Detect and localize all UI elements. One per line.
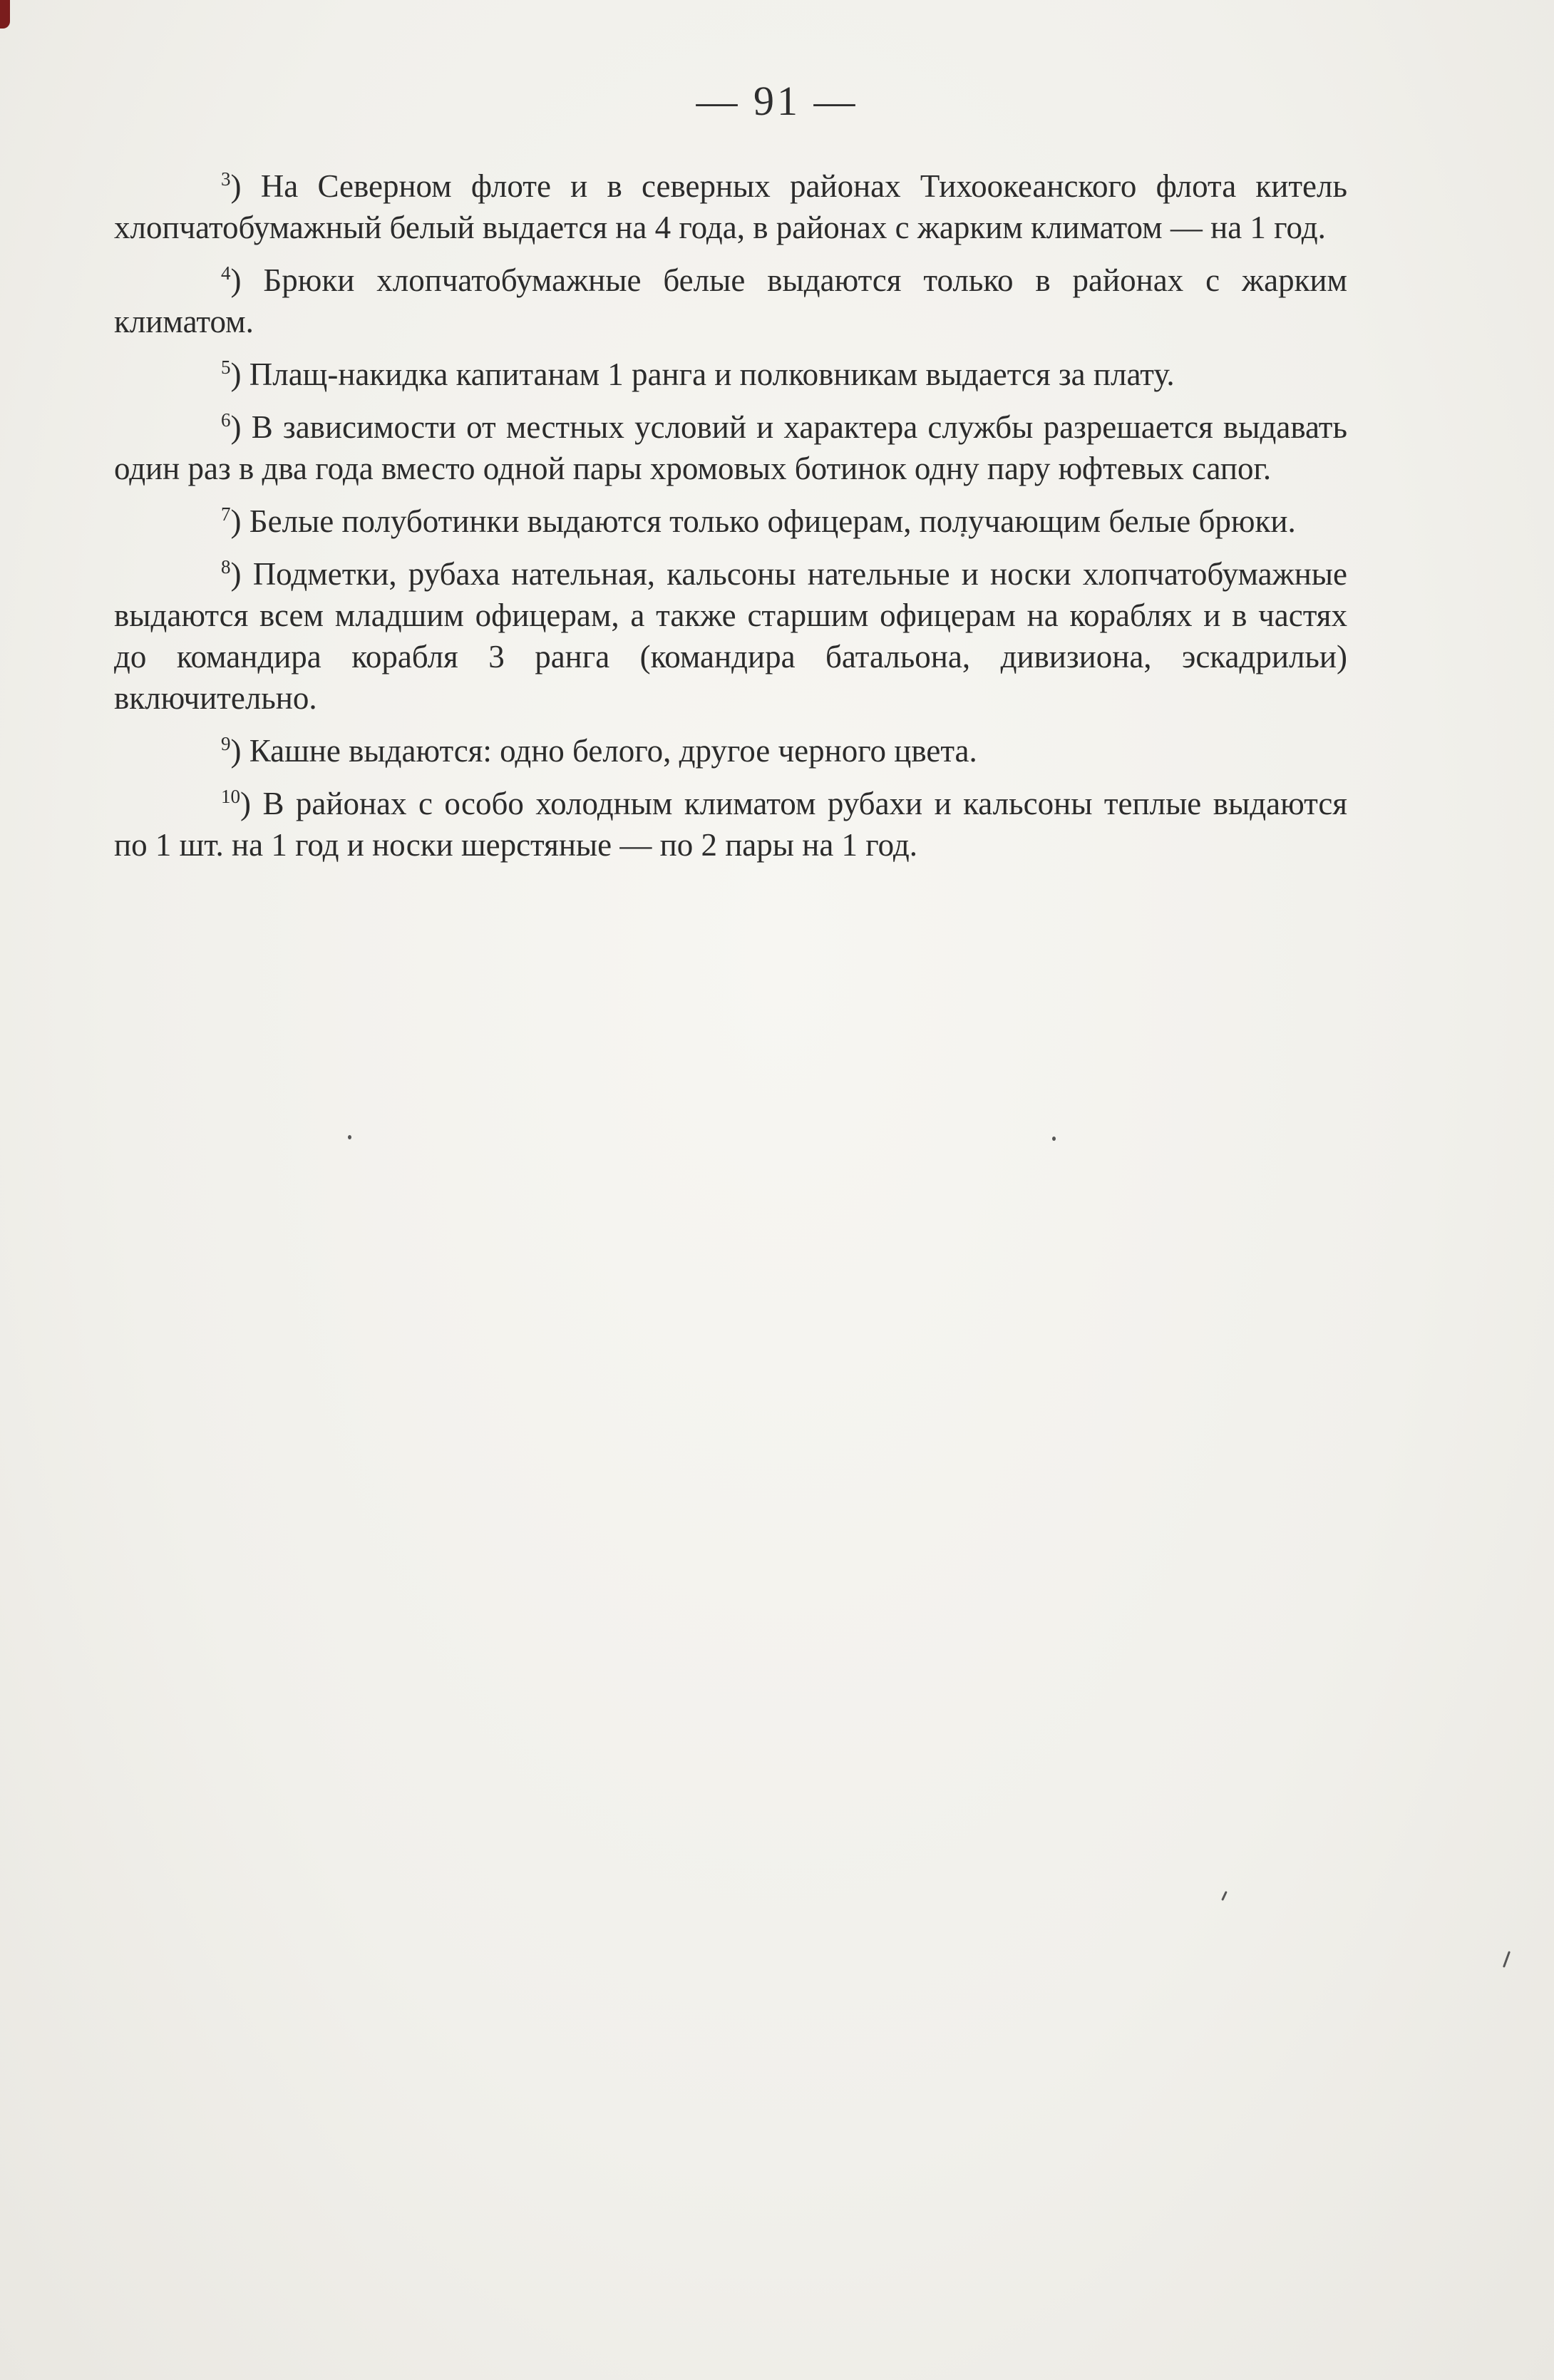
footnote-9: 9) Кашне выдаются: одно белого, другое ч… <box>114 730 1347 771</box>
footnote-text: На Северном флоте и в северных районах Т… <box>114 168 1347 245</box>
footnote-3: 3) На Северном флоте и в северных района… <box>114 165 1347 248</box>
footnote-marker: 6 <box>221 409 231 431</box>
footnote-text: В зависимости от местных условий и харак… <box>114 409 1347 486</box>
footnote-4: 4) Брюки хлопчатобумажные белые выдаются… <box>114 260 1347 342</box>
footnote-marker: 8 <box>221 556 231 578</box>
footnote-6: 6) В зависимости от местных условий и ха… <box>114 406 1347 489</box>
footnote-marker: 9 <box>221 733 231 754</box>
footnote-text: Белые полуботинки выдаются только офицер… <box>249 503 1296 539</box>
footnote-bracket: ) <box>231 503 249 539</box>
footnote-text: Кашне выдаются: одно белого, другое черн… <box>249 733 977 769</box>
footnote-7: 7) Белые полуботинки выдаются только офи… <box>114 501 1347 542</box>
footnote-text: Плащ-накидка капитанам 1 ранга и полковн… <box>249 357 1175 392</box>
page-number: — 91 — <box>0 77 1554 125</box>
footnote-marker: 4 <box>221 262 231 284</box>
footnote-bracket: ) <box>231 556 253 592</box>
footnote-bracket: ) <box>231 733 249 769</box>
footnote-marker: 10 <box>221 786 240 807</box>
footnote-bracket: ) <box>231 262 264 298</box>
footnote-marker: 3 <box>221 168 231 190</box>
scan-speck <box>1052 1137 1056 1141</box>
footnote-bracket: ) <box>231 168 261 204</box>
footnote-5: 5) Плащ-накидка капитанам 1 ранга и полк… <box>114 354 1347 395</box>
footnote-marker: 7 <box>221 503 231 525</box>
footnote-bracket: ) <box>231 357 249 392</box>
footnote-marker: 5 <box>221 357 231 378</box>
binding-corner-mark <box>0 0 10 29</box>
footnote-text: Подметки, рубаха нательная, кальсоны нат… <box>114 556 1347 716</box>
footnote-text: В районах с особо холодным климатом руба… <box>114 786 1347 863</box>
footnote-10: 10) В районах с особо холодным климатом … <box>114 783 1347 866</box>
footnotes-block: 3) На Северном флоте и в северных района… <box>114 165 1347 877</box>
footnote-8: 8) Подметки, рубаха нательная, кальсоны … <box>114 553 1347 719</box>
scan-speck <box>961 533 964 537</box>
footnote-bracket: ) <box>231 409 252 445</box>
scan-speck <box>348 1135 351 1139</box>
footnote-bracket: ) <box>240 786 262 821</box>
footnote-text: Брюки хлопчатобумажные белые выдаются то… <box>114 262 1347 339</box>
